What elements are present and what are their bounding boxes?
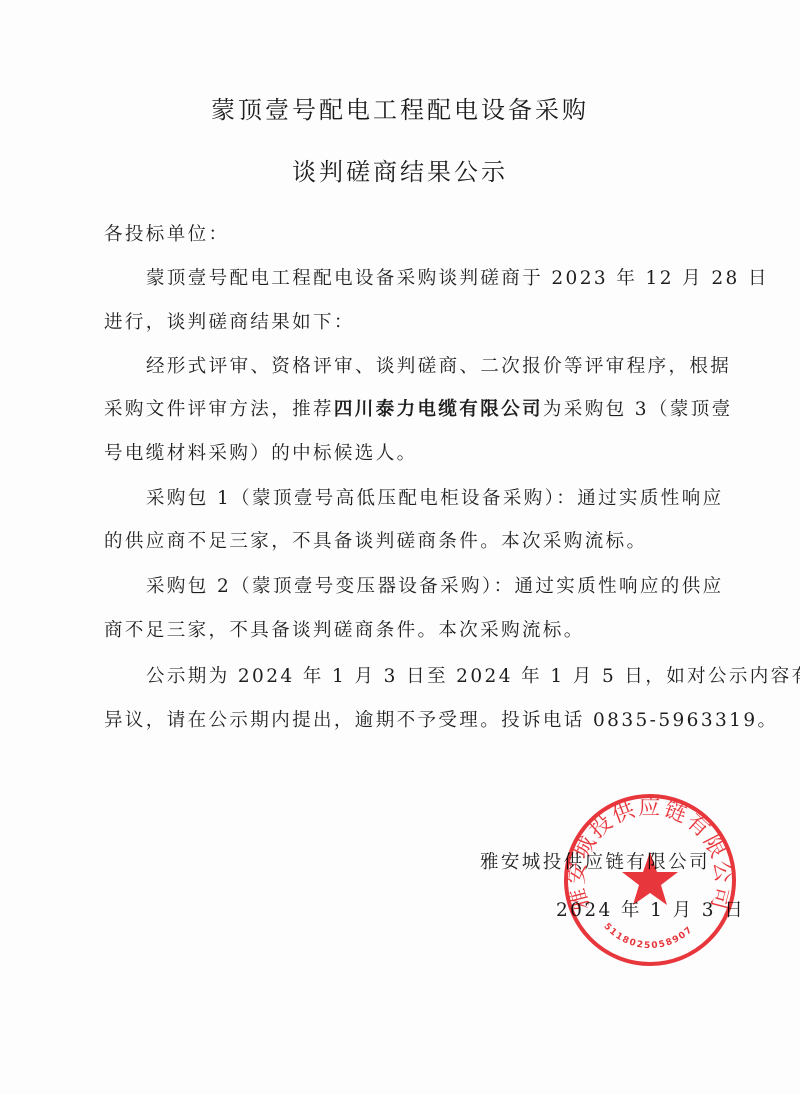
paragraph-5-line-1: 公示期为 2024 年 1 月 3 日至 2024 年 1 月 5 日，如对公示… bbox=[146, 662, 800, 688]
official-seal-icon: 雅安城投供应链有限公司 5118025058907 bbox=[560, 790, 740, 970]
paragraph-2-line-2: 采购文件评审方法，推荐四川泰力电缆有限公司为采购包 3（蒙顶壹 bbox=[104, 395, 733, 421]
document-subtitle: 谈判磋商结果公示 bbox=[0, 152, 800, 187]
paragraph-2-text: 采购文件评审方法，推荐 bbox=[104, 399, 334, 420]
paragraph-3-line-1: 采购包 1（蒙顶壹号高低压配电柜设备采购）：通过实质性响应 bbox=[146, 484, 724, 510]
svg-text:5118025058907: 5118025058907 bbox=[601, 922, 695, 952]
paragraph-4-line-1: 采购包 2（蒙顶壹号变压器设备采购）：通过实质性响应的供应 bbox=[146, 572, 724, 598]
paragraph-2-line-3: 号电缆材料采购）的中标候选人。 bbox=[104, 439, 418, 465]
document-page: 蒙顶壹号配电工程配电设备采购 谈判磋商结果公示 各投标单位： 蒙顶壹号配电工程配… bbox=[0, 0, 800, 1094]
paragraph-5-line-2: 异议，请在公示期内提出，逾期不予受理。投诉电话 0835-5963319。 bbox=[104, 706, 778, 732]
paragraph-3-line-2: 的供应商不足三家，不具备谈判磋商条件。本次采购流标。 bbox=[104, 527, 647, 553]
paragraph-4-line-2: 商不足三家，不具备谈判磋商条件。本次采购流标。 bbox=[104, 616, 585, 642]
paragraph-1-line-2: 进行，谈判磋商结果如下： bbox=[104, 308, 355, 334]
recommended-company: 四川泰力电缆有限公司 bbox=[334, 399, 543, 420]
salutation: 各投标单位： bbox=[104, 220, 229, 246]
paragraph-2-text: 为采购包 3（蒙顶壹 bbox=[543, 399, 733, 420]
paragraph-1-line-1: 蒙顶壹号配电工程配电设备采购谈判磋商于 2023 年 12 月 28 日 bbox=[146, 264, 769, 290]
paragraph-2-line-1: 经形式评审、资格评审、谈判磋商、二次报价等评审程序，根据 bbox=[146, 352, 731, 378]
stamp-code: 5118025058907 bbox=[601, 922, 695, 952]
document-title: 蒙顶壹号配电工程配电设备采购 bbox=[0, 90, 800, 125]
